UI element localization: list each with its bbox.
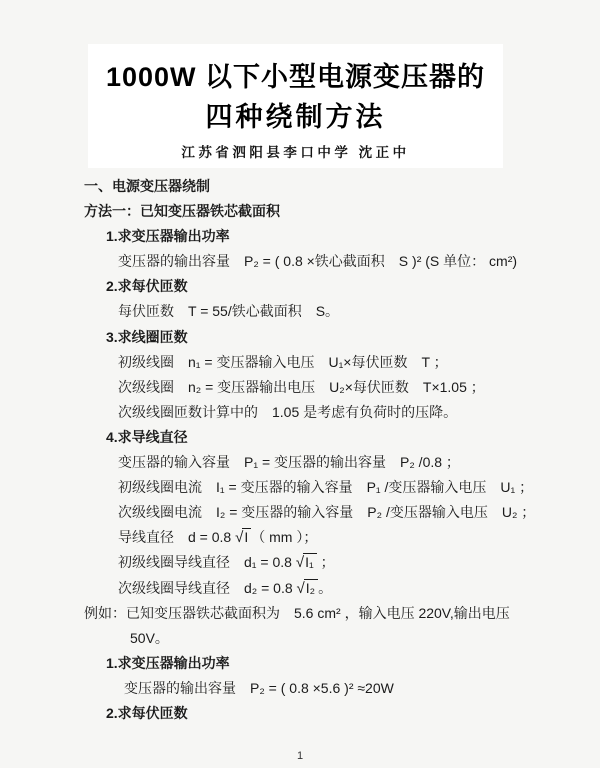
- text-line: 每伏匝数 T = 55/铁心截面积 S。: [84, 299, 584, 324]
- text-line: 次级线圈匝数计算中的 1.05 是考虑有负荷时的压降。: [84, 400, 584, 425]
- sqrt-expression: √I₁: [296, 550, 317, 575]
- text-line: 次级线圈导线直径 d₂ = 0.8 √I₂。: [84, 576, 584, 601]
- text-line: 1.求变压器输出功率: [84, 651, 584, 676]
- text-line: 初级线圈导线直径 d₁ = 0.8 √I₁ ；: [84, 550, 584, 575]
- text-line: 初级线圈 n₁ = 变压器输入电压 U₁×每伏匝数 T ；: [84, 350, 584, 375]
- radicand: I: [242, 528, 251, 545]
- text-line: 变压器的输入容量 P₁ = 变压器的输出容量 P₂ /0.8 ；: [84, 450, 584, 475]
- text-line: 变压器的输出容量 P₂ = ( 0.8 ×5.6 )² ≈20W: [84, 676, 584, 701]
- document-body: 一、电源变压器绕制方法一：已知变压器铁芯截面积1.求变压器输出功率变压器的输出容…: [84, 174, 584, 726]
- text-line: 一、电源变压器绕制: [84, 174, 584, 199]
- text-line: 初级线圈电流 I₁ = 变压器的输入容量 P₁ /变压器输入电压 U₁ ；: [84, 475, 584, 500]
- text-line: 1.求变压器输出功率: [84, 224, 584, 249]
- author-line: 江苏省泗阳县李口中学 沈正中: [88, 141, 503, 161]
- title-block: 1000W 以下小型电源变压器的 四种绕制方法 江苏省泗阳县李口中学 沈正中: [88, 44, 503, 168]
- text-line: 3.求线圈匝数: [84, 325, 584, 350]
- text-line: 方法一：已知变压器铁芯截面积: [84, 199, 584, 224]
- sqrt-expression: √I: [235, 525, 251, 550]
- text-line: 2.求每伏匝数: [84, 274, 584, 299]
- document-title-line2: 四种绕制方法: [88, 97, 503, 138]
- text-line: 变压器的输出容量 P₂ = ( 0.8 ×铁心截面积 S )² (S 单位： c…: [84, 249, 584, 274]
- sqrt-expression: √I₂: [297, 576, 319, 601]
- document-title-line1: 1000W 以下小型电源变压器的: [88, 57, 503, 97]
- text-line: 50V。: [84, 626, 584, 651]
- text-line: 次级线圈 n₂ = 变压器输出电压 U₂×每伏匝数 T×1.05 ；: [84, 375, 584, 400]
- page-number: 1: [0, 750, 600, 762]
- radicand: I₁: [303, 553, 317, 570]
- text-line: 例如：已知变压器铁芯截面积为 5.6 cm² ，输入电压 220V,输出电压: [84, 601, 584, 626]
- text-line: 2.求每伏匝数: [84, 701, 584, 726]
- text-line: 4.求导线直径: [84, 425, 584, 450]
- scanned-page: 1000W 以下小型电源变压器的 四种绕制方法 江苏省泗阳县李口中学 沈正中 一…: [0, 0, 600, 768]
- text-line: 导线直径 d = 0.8 √I（ mm ）；: [84, 525, 584, 550]
- text-line: 次级线圈电流 I₂ = 变压器的输入容量 P₂ /变压器输入电压 U₂ ；: [84, 500, 584, 525]
- radicand: I₂: [304, 579, 318, 596]
